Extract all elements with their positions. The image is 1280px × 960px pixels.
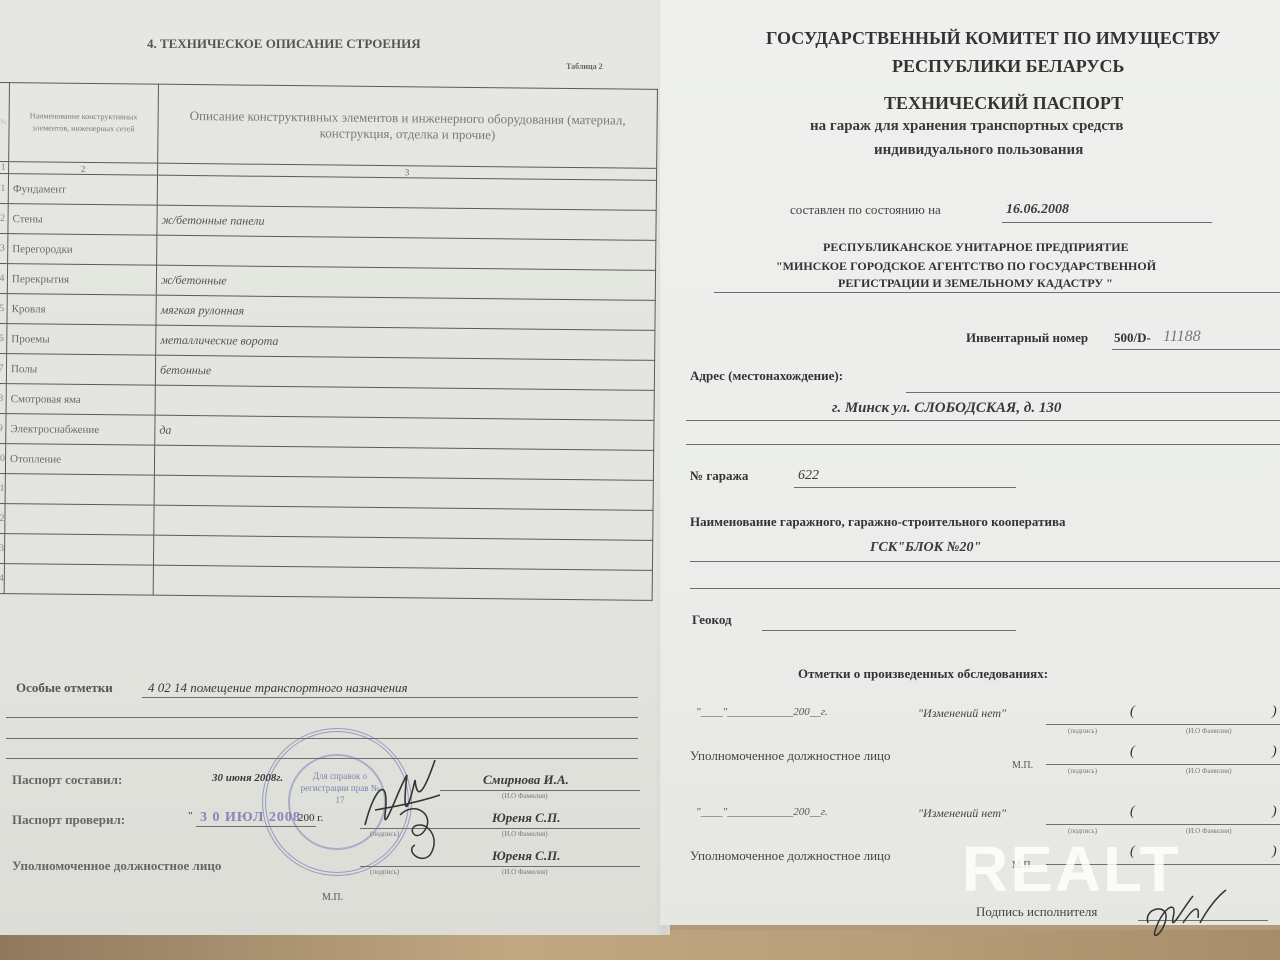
element-name: Проемы xyxy=(7,324,156,356)
doc-subtitle2: индивидуального пользования xyxy=(874,142,1083,159)
paren-open: ( xyxy=(1130,704,1135,720)
underline xyxy=(440,790,640,791)
underline xyxy=(906,392,1280,393)
element-description xyxy=(153,565,652,600)
signature-line xyxy=(1046,724,1280,725)
checked-date-stamp: 3 0 ИЮЛ 2008 xyxy=(200,810,301,826)
fio-caption: (И.О Фамилия) xyxy=(502,868,548,876)
fio-caption: (И.О Фамилия) xyxy=(502,830,548,838)
mp-label: М.П. xyxy=(322,892,343,903)
underline xyxy=(794,487,1016,488)
special-notes-value: 4 02 14 помещение транспортного назначен… xyxy=(148,680,408,696)
official-label: Уполномоченное должностное лицо xyxy=(12,858,221,874)
fio-caption: (И.О Фамилия) xyxy=(1186,767,1232,775)
compiled-name: Смирнова И.А. xyxy=(483,772,569,788)
paren-close: ) xyxy=(1272,844,1277,860)
element-name: Электроснабжение xyxy=(6,414,155,446)
signature-line xyxy=(1046,824,1280,825)
table-row: 14 xyxy=(0,563,652,600)
executor-label: Подпись исполнителя xyxy=(976,904,1097,920)
underline xyxy=(142,697,638,698)
header-description: Описание конструктивных элементов и инже… xyxy=(158,84,658,168)
underline xyxy=(1002,222,1212,223)
signature-caption: (подпись) xyxy=(1068,767,1097,775)
element-name xyxy=(4,564,153,596)
address-label: Адрес (местонахождение): xyxy=(690,368,843,384)
element-name xyxy=(5,474,154,506)
compiled-date: 30 июня 2008г. xyxy=(212,772,283,784)
construction-table: № Наименование конструктивных элементов,… xyxy=(0,82,658,601)
signature-scribble xyxy=(345,755,455,875)
official-name: Юреня С.П. xyxy=(492,848,560,864)
garage-no-value: 622 xyxy=(798,468,819,484)
paren-close: ) xyxy=(1272,704,1277,720)
address-value: г. Минск ул. СЛОБОДСКАЯ, д. 130 xyxy=(832,400,1061,417)
geocode-label: Геокод xyxy=(692,612,732,628)
org-line1: РЕСПУБЛИКАНСКОЕ УНИТАРНОЕ ПРЕДПРИЯТИЕ xyxy=(823,240,1129,255)
element-name: Смотровая яма xyxy=(6,384,155,416)
underline xyxy=(686,420,1280,421)
table-header-row: № Наименование конструктивных элементов,… xyxy=(0,83,657,169)
inspection-date: "____"____________200__г. xyxy=(696,806,828,818)
mp-label: М.П. xyxy=(1012,760,1033,771)
checked-label: Паспорт проверил: xyxy=(12,812,125,828)
paren-open: ( xyxy=(1130,744,1135,760)
compiled-label: Паспорт составил: xyxy=(12,772,122,788)
element-name: Полы xyxy=(6,354,155,386)
realt-watermark: REALT xyxy=(962,832,1181,906)
underline xyxy=(690,561,1280,562)
coop-label: Наименование гаражного, гаражно-строител… xyxy=(690,514,1065,530)
inventory-value: 11188 xyxy=(1163,328,1201,346)
blank-line xyxy=(686,444,1280,445)
as-of-label: составлен по состоянию на xyxy=(790,202,941,218)
committee-line1: ГОСУДАРСТВЕННЫЙ КОМИТЕТ ПО ИМУЩЕСТВУ xyxy=(766,28,1221,49)
inspection-official-label: Уполномоченное должностное лицо xyxy=(690,748,891,764)
element-name xyxy=(5,504,154,536)
org-line2: "МИНСКОЕ ГОРОДСКОЕ АГЕНТСТВО ПО ГОСУДАРС… xyxy=(776,259,1156,274)
garage-no-label: № гаража xyxy=(690,468,748,484)
coop-value: ГСК"БЛОК №20" xyxy=(870,540,981,556)
blank-line xyxy=(6,717,638,718)
inventory-label: Инвентарный номер xyxy=(966,330,1088,346)
right-page: ГОСУДАРСТВЕННЫЙ КОМИТЕТ ПО ИМУЩЕСТВУ РЕС… xyxy=(660,0,1280,925)
row-number: 1 xyxy=(0,174,9,204)
org-line3: РЕГИСТРАЦИИ И ЗЕМЕЛЬНОМУ КАДАСТРУ " xyxy=(838,276,1113,291)
element-name: Фундамент xyxy=(8,174,157,206)
paren-open: ( xyxy=(1130,804,1135,820)
as-of-value: 16.06.2008 xyxy=(1006,202,1069,218)
underline xyxy=(196,826,316,827)
left-page: 4. ТЕХНИЧЕСКОЕ ОПИСАНИЕ СТРОЕНИЯ Таблица… xyxy=(0,0,670,935)
table-label: Таблица 2 xyxy=(566,62,603,71)
inspection-note: "Изменений нет" xyxy=(918,806,1006,821)
doc-title: ТЕХНИЧЕСКИЙ ПАСПОРТ xyxy=(884,93,1123,114)
underline xyxy=(714,292,1280,293)
inspection-official-label: Уполномоченное должностное лицо xyxy=(690,848,891,864)
paren-close: ) xyxy=(1272,804,1277,820)
element-name xyxy=(4,534,153,566)
element-name: Отопление xyxy=(5,444,154,476)
underline xyxy=(1112,349,1280,350)
element-name: Стены xyxy=(8,204,157,236)
element-name: Перегородки xyxy=(8,234,157,266)
special-notes-label: Особые отметки xyxy=(16,680,113,696)
element-name: Кровля xyxy=(7,294,156,326)
signature-caption: (подпись) xyxy=(1068,727,1097,735)
blank-line xyxy=(690,588,1280,589)
section-title: 4. ТЕХНИЧЕСКОЕ ОПИСАНИЕ СТРОЕНИЯ xyxy=(147,36,421,52)
header-element: Наименование конструктивных элементов, и… xyxy=(9,83,159,164)
paren-close: ) xyxy=(1272,744,1277,760)
fio-caption: (И.О Фамилия) xyxy=(1186,727,1232,735)
fio-caption: (И.О Фамилия) xyxy=(502,792,548,800)
inspections-title: Отметки о произведенных обследованиях: xyxy=(798,666,1048,682)
underline xyxy=(762,630,1016,631)
checked-name: Юреня С.П. xyxy=(492,810,560,826)
fio-caption: (И.О Фамилия) xyxy=(1186,827,1232,835)
committee-line2: РЕСПУБЛИКИ БЕЛАРУСЬ xyxy=(892,56,1124,77)
inspection-date: "____"____________200__г. xyxy=(696,706,828,718)
doc-subtitle1: на гараж для хранения транспортных средс… xyxy=(810,118,1123,135)
column-number: 1 xyxy=(0,162,9,174)
inspection-note: "Изменений нет" xyxy=(918,706,1006,721)
checked-date-quote: " xyxy=(188,810,193,822)
inventory-prefix: 500/D- xyxy=(1114,330,1151,346)
checked-date-suffix: 200 г. xyxy=(298,812,323,824)
signature-line xyxy=(1046,764,1280,765)
element-name: Перекрытия xyxy=(7,264,156,296)
